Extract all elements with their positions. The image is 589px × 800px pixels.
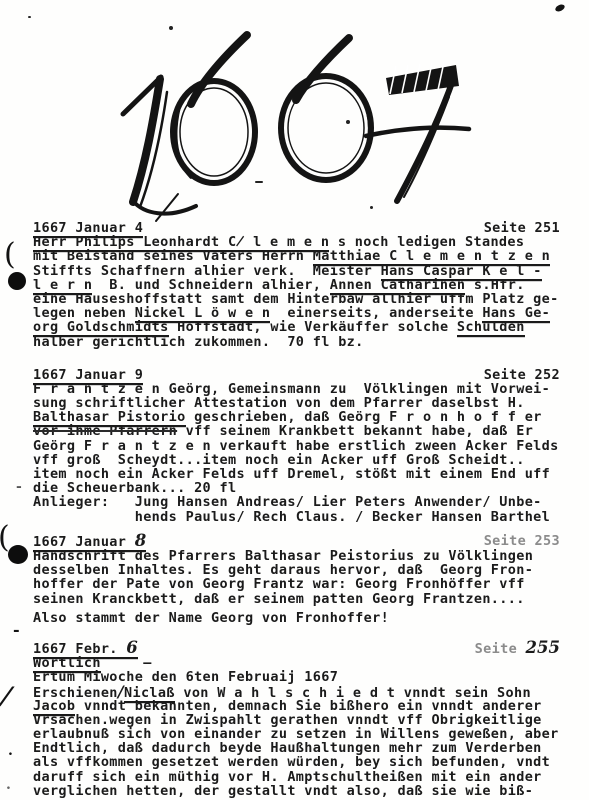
text-segment: 255 [526, 638, 560, 657]
entry-date-heading: 1667 Januar 4 [33, 221, 143, 235]
margin-dot-mark: . [8, 744, 13, 758]
margin-dash-mark: - [13, 622, 20, 638]
page-number-label: Seite 255 [475, 641, 560, 656]
text-line: Handschrift des Pfarrers Balthasar Peist… [33, 549, 585, 563]
entry-date-heading: 1667 Januar 8 [33, 534, 146, 549]
entry-1667-januar-9: 1667 Januar 9 Seite 252 F r a n t z e n … [33, 368, 585, 524]
text-line: seinen Kranckbett, daß er seinem patten … [33, 592, 585, 606]
text-line: eine Hauseshoffstatt samt dem Hinterbaw … [33, 292, 585, 306]
text-line: vor ihme Pfarrern vff seinem Krankbett b… [33, 424, 585, 438]
entry-date-heading: 1667 Febr. 6 [33, 641, 138, 656]
speck [28, 16, 31, 18]
text-line: Ertum Miwoche den 6ten Februaij 1667 [33, 670, 585, 684]
text-line: halber gerichtlich zukommen. 70 fl bz. [33, 335, 585, 349]
entry-date-heading: 1667 Januar 9 [33, 368, 143, 382]
entry-1667-febr-6: 1667 Febr. 6 Seite 255 Wörtlich — Ertum … [33, 641, 585, 798]
speck [370, 206, 373, 209]
text-segment: Ertum Miwoche den 6ten Februaij 1667 [33, 669, 338, 685]
margin-bullet-mark [8, 545, 28, 564]
text-segment: Also stammt der Name Georg von Fronhoffe… [33, 610, 389, 626]
scanned-document-page: ( ( - - / . . 1667 Januar 4 Seite 251 He… [0, 0, 589, 800]
text-segment: verglichen hetten, der gestallt vndt als… [33, 783, 533, 799]
text-line: org Goldschmidts Hoffstadt, wie Verkäuff… [33, 320, 585, 334]
text-segment: Schulden [457, 319, 525, 335]
page-number-label: Seite 253 [484, 534, 560, 549]
text-segment: 6 [126, 638, 137, 657]
entry-1667-januar-8: 1667 Januar 8 Seite 253 Handschrift des … [33, 534, 585, 625]
text-line: hoffer der Pate von Georg Frantz war: Ge… [33, 577, 585, 591]
text-line: l e r n B. und Schneidern alhier, Annen … [33, 278, 585, 292]
speck [255, 181, 263, 183]
text-segment: 8 [135, 531, 146, 550]
text-line: Jacob vnndt bekannten, demnach Sie bißhe… [33, 699, 585, 713]
text-segment: seinen Kranckbett, daß er seinem patten … [33, 591, 525, 607]
text-line: F r a n t z e n Geörg, Gemeinsmann zu Vö… [33, 382, 585, 396]
page-number-label: Seite 252 [484, 368, 560, 382]
speck [169, 26, 173, 30]
text-line: Vrsachen.wegen in Zwispahlt gerathen vnn… [33, 713, 585, 727]
year-1667-drawing [0, 0, 589, 232]
text-line: hends Paulus/ Rech Claus. / Becker Hanse… [33, 510, 585, 524]
margin-dash-mark: - [16, 480, 22, 494]
text-line: vff groß Scheydt...item noch ein Acker u… [33, 453, 585, 467]
typewritten-text: 1667 Januar 4 Seite 251 Herr Philips Leo… [33, 221, 585, 798]
text-line: Balthasar Pistorio geschrieben, daß Geör… [33, 410, 585, 424]
text-segment: halber gerichtlich zukommen. 70 fl bz. [33, 334, 364, 350]
text-segment: Seite 253 [484, 533, 560, 549]
margin-bullet-mark [8, 272, 26, 290]
text-line: als vffkommen gesetzet werden würden, be… [33, 755, 585, 769]
text-line: Erschienen/Niclaß von W a h l s c h i e … [33, 685, 585, 699]
text-line: Geörg F r a n t z e n verkauft habe erst… [33, 439, 585, 453]
text-line: sung schriftlicher Attestation von dem P… [33, 396, 585, 410]
margin-paren-mark: ( [4, 240, 16, 270]
speck [346, 120, 350, 124]
text-line: item noch ein Acker Felds uff Dremel, st… [33, 467, 585, 481]
entry-1667-januar-4: 1667 Januar 4 Seite 251 Herr Philips Leo… [33, 221, 585, 349]
text-segment: hends Paulus/ Rech Claus. / Becker Hanse… [33, 509, 550, 525]
margin-slash-mark: / [0, 684, 13, 708]
text-line: Wörtlich — [33, 656, 585, 670]
text-line-note: Also stammt der Name Georg von Fronhoffe… [33, 611, 585, 625]
text-line: mit Beistand seines Vaters Herrn Matthia… [33, 249, 585, 263]
margin-paren-mark: ( [0, 523, 10, 553]
text-line: die Scheuerbank... 20 fl [33, 481, 585, 495]
text-line: Anlieger: Jung Hansen Andreas/ Lier Pete… [33, 495, 585, 509]
margin-dot-mark: . [6, 778, 11, 792]
text-line: daruff sich ein müthig vor H. Amptschult… [33, 770, 585, 784]
text-line: Herr Philips Leonhardt C̸ l e m e n s no… [33, 235, 585, 249]
text-line: desselben Inhaltes. Es geht daraus hervo… [33, 563, 585, 577]
text-segment: Seite [475, 641, 526, 657]
text-line: Endtlich, daß dadurch beyde Haußhaltunge… [33, 741, 585, 755]
text-line: Stiffts Schaffnern alhier verk. Meister … [33, 264, 585, 278]
text-line: erlaubnuß sich von einander zu setzen in… [33, 727, 585, 741]
text-line: verglichen hetten, der gestallt vndt als… [33, 784, 585, 798]
text-line: legen neben Nickel L ö w e n einerseits,… [33, 306, 585, 320]
page-number-label: Seite 251 [484, 221, 560, 235]
